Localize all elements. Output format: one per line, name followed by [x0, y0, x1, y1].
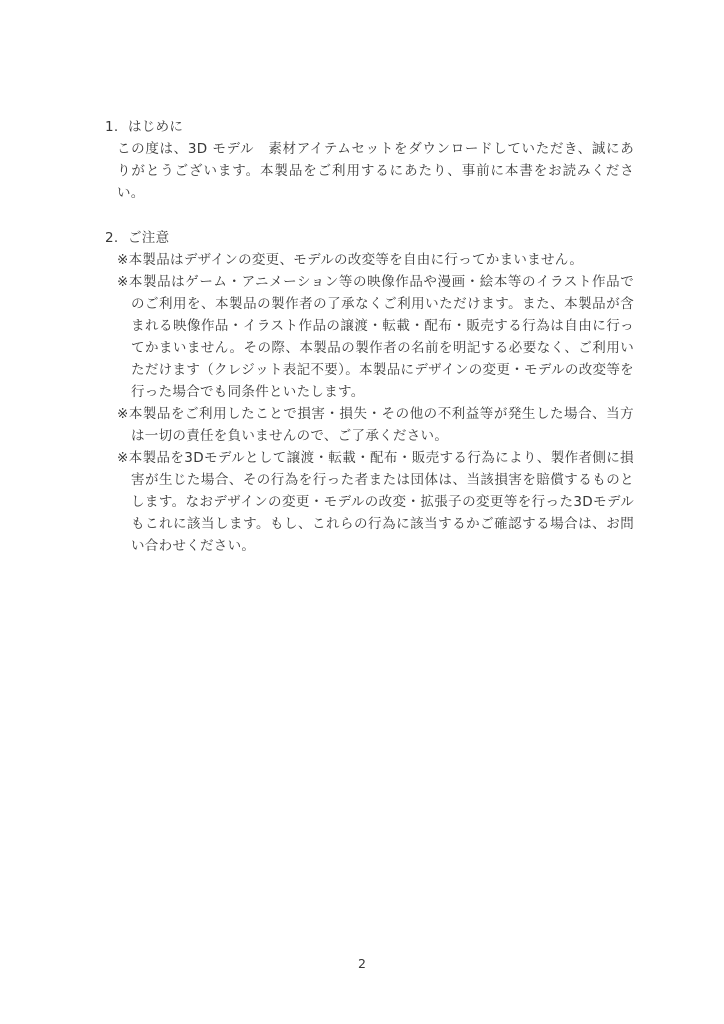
section-number: 1. — [105, 116, 128, 138]
note-text: 本製品をご利用したことで損害・損失・その他の不利益等が発生した場合、当方は一切の… — [129, 406, 634, 444]
section-notes: 2. ご注意 ※本製品はデザインの変更、モデルの改変等を自由に行ってかまいません… — [105, 227, 634, 557]
intro-paragraph: この度は、3D モデル 素材アイテムセットをダウンロードしていただき、誠にありが… — [117, 138, 634, 204]
note-item: ※本製品を3Dモデルとして譲渡・転載・配布・販売する行為により、製作者側に損害が… — [117, 447, 634, 557]
note-bullet: ※ — [117, 406, 129, 422]
section-introduction: 1. はじめに この度は、3D モデル 素材アイテムセットをダウンロードしていた… — [105, 116, 634, 204]
document-content: 1. はじめに この度は、3D モデル 素材アイテムセットをダウンロードしていた… — [105, 116, 634, 557]
note-item: ※本製品はゲーム・アニメーション等の映像作品や漫画・絵本等のイラスト作品でのご利… — [117, 271, 634, 403]
note-item: ※本製品はデザインの変更、モデルの改変等を自由に行ってかまいません。 — [117, 249, 634, 271]
note-bullet: ※ — [117, 450, 129, 466]
section-title: ご注意 — [128, 227, 169, 249]
note-item: ※本製品をご利用したことで損害・損失・その他の不利益等が発生した場合、当方は一切… — [117, 403, 634, 447]
note-bullet: ※ — [117, 252, 129, 268]
note-text: 本製品はデザインの変更、モデルの改変等を自由に行ってかまいません。 — [129, 252, 584, 268]
section-introduction-heading: 1. はじめに — [105, 116, 634, 138]
note-text: 本製品を3Dモデルとして譲渡・転載・配布・販売する行為により、製作者側に損害が生… — [129, 450, 634, 554]
section-title: はじめに — [128, 116, 183, 138]
page-number: 2 — [0, 956, 724, 971]
section-notes-body: ※本製品はデザインの変更、モデルの改変等を自由に行ってかまいません。 ※本製品は… — [117, 249, 634, 557]
section-number: 2. — [105, 227, 128, 249]
note-text: 本製品はゲーム・アニメーション等の映像作品や漫画・絵本等のイラスト作品でのご利用… — [129, 274, 634, 400]
section-introduction-body: この度は、3D モデル 素材アイテムセットをダウンロードしていただき、誠にありが… — [117, 138, 634, 204]
note-bullet: ※ — [117, 274, 129, 290]
document-page: 1. はじめに この度は、3D モデル 素材アイテムセットをダウンロードしていた… — [0, 0, 724, 1024]
section-notes-heading: 2. ご注意 — [105, 227, 634, 249]
